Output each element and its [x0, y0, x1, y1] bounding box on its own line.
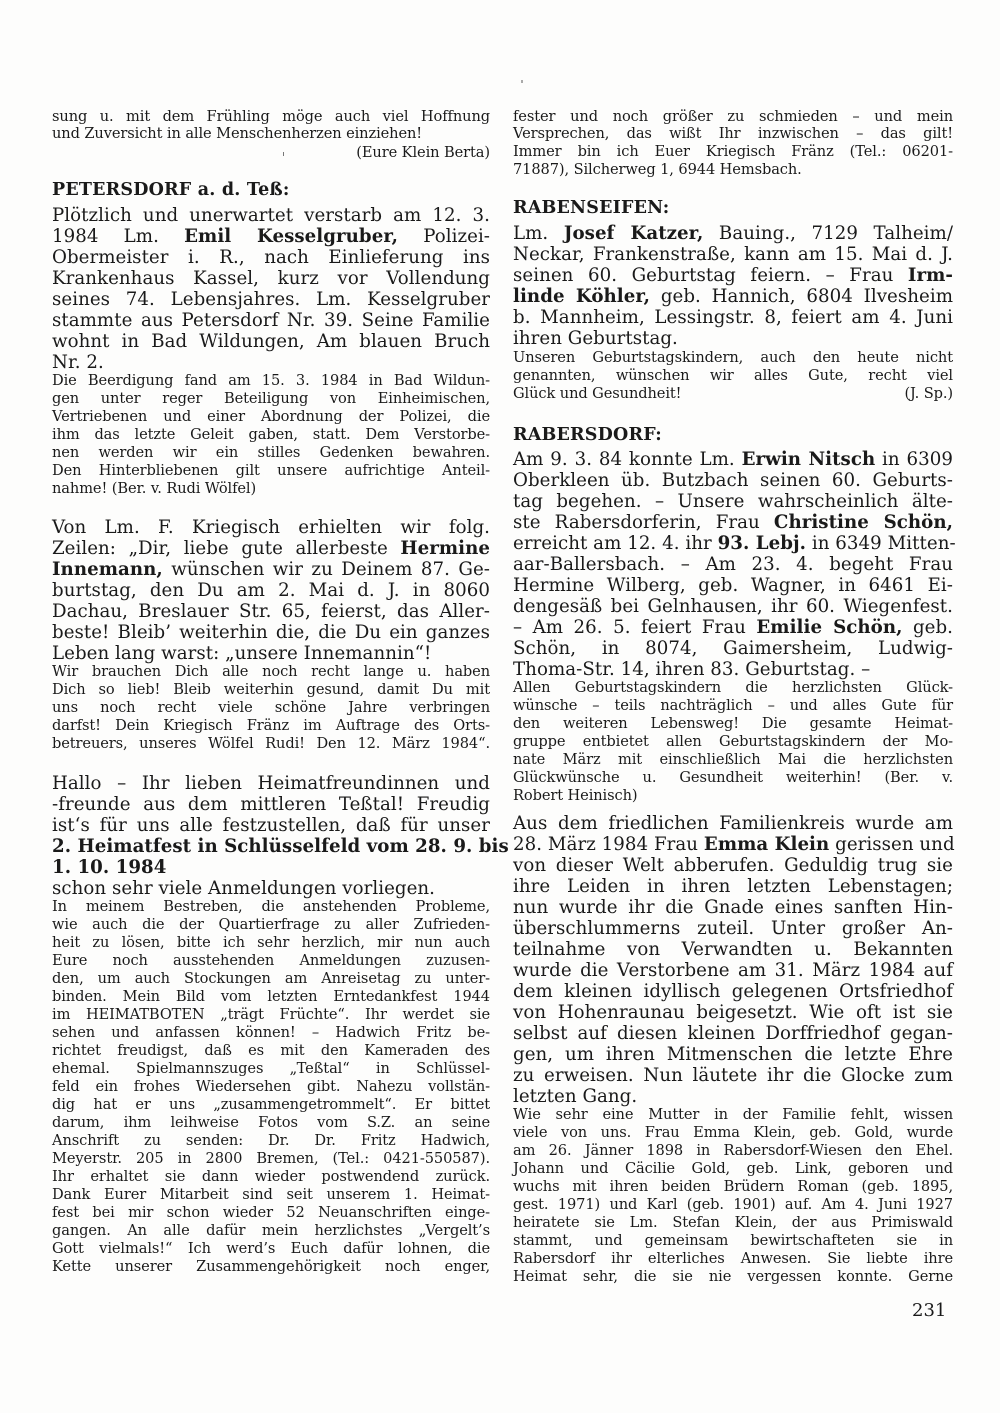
text-line: Zeilen: „Dir, liebe gute allerbeste Herm…	[52, 540, 490, 558]
text-line: ist‘s für uns alle festzustellen, daß fü…	[52, 817, 490, 835]
text-line: seines 74. Lebensjahres. Lm. Kesselgrube…	[52, 291, 490, 309]
bold-name: Emilie Schön,	[756, 617, 902, 638]
text-line: burtstag, den Du am 2. Mai d. J. in 8060	[52, 582, 490, 600]
bold-name: linde Köhler,	[513, 286, 650, 307]
text-line: am 26. Jänner 1898 in Rabersdorf-Wiesen …	[513, 1144, 953, 1159]
text-line: stammt, und gemeinsam bewirtschafteten s…	[513, 1234, 953, 1249]
text-line: Plötzlich und unerwartet verstarb am 12.…	[52, 207, 490, 225]
text-line: nun wurde ihr die Gnade eines sanften Hi…	[513, 899, 953, 917]
text-line: uns noch recht viele schöne Jahre verbri…	[52, 701, 490, 716]
signature: (Eure Klein Berta)	[52, 146, 490, 161]
text-line: selbst auf diesen kleinen Dorffriedhof g…	[513, 1025, 953, 1043]
text-line: 71887), Silcherweg 1, 6944 Hemsbach.	[513, 163, 953, 178]
section-heading-rabenseifen: RABENSEIFEN:	[513, 200, 953, 218]
text-line: ihm das letzte Geleit gaben, statt. Dem …	[52, 428, 490, 443]
bold-name: Josef Katzer,	[564, 223, 704, 244]
text-line: Krankenhaus Kassel, kurz vor Vollendung	[52, 270, 490, 288]
text-line: wuchs mit ihren beiden Brüdern Roman (ge…	[513, 1180, 953, 1195]
text-line: von Hohenraunau beigesetzt. Wie oft ist …	[513, 1004, 953, 1022]
text-line: ste Rabersdorferin, Frau Christine Schön…	[513, 514, 953, 532]
text-line: gruppe entbietet allen Geburtstagskinder…	[513, 735, 953, 750]
text-line: gen unter reger Beteiligung von Einheimi…	[52, 392, 490, 407]
text-line: beste! Bleib’ weiterhin die, die Du ein …	[52, 624, 490, 642]
text-line: erreicht am 12. 4. ihr 93. Lebj. in 6349…	[513, 535, 953, 553]
text-line: binden. Mein Bild vom letzten Erntedankf…	[52, 990, 490, 1005]
bold-name: Erwin Nitsch	[742, 449, 876, 470]
text-line: – Am 26. 5. feiert Frau Emilie Schön, ge…	[513, 619, 953, 637]
text-line: Den Hinterbliebenen gilt unsere aufricht…	[52, 464, 490, 479]
text-line: Ihr erhaltet sie dann wieder postwendend…	[52, 1170, 490, 1185]
text-line: Kette unserer Zusammengehörigkeit noch e…	[52, 1260, 490, 1275]
bold-name: Christine Schön,	[774, 512, 953, 533]
text-line: Allen Geburtstagskindern die herzlichste…	[513, 681, 953, 696]
text-line: feld ein frohes Wiedersehen gibt. Nahezu…	[52, 1080, 490, 1095]
text-line: 1984 Lm. Emil Kesselgruber, Polizei-	[52, 228, 490, 246]
text-line: Die Beerdigung fand am 15. 3. 1984 in Ba…	[52, 374, 490, 389]
text-line: letzten Gang.	[513, 1088, 953, 1106]
text-line: zu erweisen. Nun läutete ihr die Glocke …	[513, 1067, 953, 1085]
text-line: wurde die Verstorbene am 31. März 1984 a…	[513, 962, 953, 980]
text-line: überschlummerns zuteil. Unter großer An-	[513, 920, 953, 938]
text-line: 2. Heimatfest in Schlüsselfeld vom 28. 9…	[52, 838, 490, 856]
text-line: Unseren Geburtstagskindern, auch den heu…	[513, 351, 953, 366]
text-line: Wir brauchen Dich alle noch recht lange …	[52, 665, 490, 680]
text-line: 28. März 1984 Frau Emma Klein gerissen u…	[513, 836, 953, 854]
text-line: Hermine Wilberg, geb. Wagner, in 6461 Ei…	[513, 577, 953, 595]
text-line: gest. 1971) und Karl (geb. 1901) auf. Am…	[513, 1198, 953, 1213]
text-line: tag begehen. – Unsere wahrscheinlich ält…	[513, 493, 953, 511]
text-line: Wie sehr eine Mutter in der Familie fehl…	[513, 1108, 953, 1123]
text-line: Dachau, Breslauer Str. 65, feierst, das …	[52, 603, 490, 621]
text-line: dig hat er uns „zusammengetrommelt“. Er …	[52, 1098, 490, 1113]
text-line: Immer bin ich Euer Kriegisch Fränz (Tel.…	[513, 145, 953, 160]
text-line: In meinem Bestreben, die anstehenden Pro…	[52, 900, 490, 915]
text-line: stammte aus Petersdorf Nr. 39. Seine Fam…	[52, 312, 490, 330]
text-line: darfst! Dein Kriegisch Fränz im Auftrage…	[52, 719, 490, 734]
text-line: heiratete sie Lm. Stefan Klein, der aus …	[513, 1216, 953, 1231]
text-line: linde Köhler, geb. Hannich, 6804 Ilveshe…	[513, 288, 953, 306]
text-line: ihre Leiden in ihren letzten Lebenstagen…	[513, 878, 953, 896]
text-line: den, um auch Stockungen am Anreisetag zu…	[52, 972, 490, 987]
text-line: seinen 60. Geburtstag feiern. – Frau Irm…	[513, 267, 953, 285]
text-line: fest bei mir schon wieder 52 Neuanschrif…	[52, 1206, 490, 1221]
page-number: 231	[912, 1300, 946, 1321]
text-line: wohnt in Bad Wildungen, Am blauen Bruch	[52, 333, 490, 351]
text-line: Heimat sehr, die sie nie vergessen konnt…	[513, 1270, 953, 1285]
newsletter-page: sung u. mit dem Frühling möge auch viel …	[0, 0, 1000, 1413]
text-line: wie auch die der Quartierfrage zu aller …	[52, 918, 490, 933]
bold-name: 1. 10. 1984	[52, 857, 166, 878]
text-line: Oberkleen üb. Butzbach seinen 60. Geburt…	[513, 472, 953, 490]
text-line: Eure noch ausstehenden Anmeldungen zuzus…	[52, 954, 490, 969]
text-line: Versprechen, das wißt Ihr inzwischen – d…	[513, 127, 953, 142]
text-line: Rabersdorf ihr elterliches Anwesen. Sie …	[513, 1252, 953, 1267]
text-line: Anschrift zu senden: Dr. Dr. Fritz Hadwi…	[52, 1134, 490, 1149]
text-line: b. Mannheim, Lessingstr. 8, feiert am 4.…	[513, 309, 953, 327]
text-line: Leben lang warst: „unsere Innemannin“!	[52, 645, 490, 663]
text-line: aar-Ballersbach. – Am 23. 4. begeht Frau	[513, 556, 953, 574]
text-line: Meyerstr. 205 in 2800 Bremen, (Tel.: 042…	[52, 1152, 490, 1167]
section-heading-rabersdorf: RABERSDORF:	[513, 427, 953, 445]
text-line: gangen. An alle dafür mein herzlichstes …	[52, 1224, 490, 1239]
text-line: Obermeister i. R., nach Einlieferung ins	[52, 249, 490, 267]
bold-name: Emil Kesselgruber,	[184, 226, 398, 247]
text-line: dem kleinen idyllisch gelegenen Ortsfrie…	[513, 983, 953, 1001]
text-line: Lm. Josef Katzer, Bauing., 7129 Talheim/	[513, 225, 953, 243]
text-line: und Zuversicht in alle Menschenherzen ei…	[52, 127, 490, 142]
text-line: Vertriebenen und einer Abordnung der Pol…	[52, 410, 490, 425]
text-line: wünsche – teils nachträglich – und alles…	[513, 699, 953, 714]
bold-name: Hermine	[400, 538, 490, 559]
bold-name: Innemann,	[52, 559, 163, 580]
section-heading-petersdorf: PETERSDORF a. d. Teß:	[52, 182, 490, 200]
text-line: richtet freudigst, daß es mit den Kamera…	[52, 1044, 490, 1059]
text-line: Nr. 2.	[52, 354, 490, 372]
text-line: nen werden wir ein stilles Gedenken bewa…	[52, 446, 490, 461]
text-line: -freunde aus dem mittleren Teßtal! Freud…	[52, 796, 490, 814]
text-line: Johann und Cäcilie Gold, geb. Link, gebo…	[513, 1162, 953, 1177]
text-line: Hallo – Ihr lieben Heimatfreundinnen und	[52, 775, 490, 793]
text-line: nahme! (Ber. v. Rudi Wölfel)	[52, 482, 490, 497]
text-line: genannten, wünschen wir alles Gute, rech…	[513, 369, 953, 384]
text-line: gen, um ihren Mitmenschen die letzte Ehr…	[513, 1046, 953, 1064]
text-line: ehemal. Spielmannszuges „Teßtal“ in Schl…	[52, 1062, 490, 1077]
text-line: Dich so lieb! Bleib weiterhin gesund, da…	[52, 683, 490, 698]
scan-speck	[283, 152, 284, 156]
text-line: Robert Heinisch)	[513, 789, 953, 804]
scan-speck	[521, 80, 523, 83]
text-line: den weiteren Lebensweg! Die gesamte Heim…	[513, 717, 953, 732]
bold-name: 93. Lebj.	[718, 533, 806, 554]
text-line: Innemann, wünschen wir zu Deinem 87. Ge-	[52, 561, 490, 579]
text-line: Am 9. 3. 84 konnte Lm. Erwin Nitsch in 6…	[513, 451, 953, 469]
text-line: schon sehr viele Anmeldungen vorliegen.	[52, 880, 490, 898]
text-line: im HEIMATBOTEN „trägt Früchte“. Ihr werd…	[52, 1008, 490, 1023]
bold-name: Irm-	[908, 265, 953, 286]
text-line: nate März mit einschließlich Mai die her…	[513, 753, 953, 768]
text-line: darum, ihm leihweise Fotos vom S.Z. an s…	[52, 1116, 490, 1131]
text-line: Dank Eurer Mitarbeit sind seit unserem 1…	[52, 1188, 490, 1203]
text-line: Thoma-Str. 14, ihren 83. Geburtstag. –	[513, 661, 953, 679]
text-line: 1. 10. 1984	[52, 859, 490, 877]
text-line: fester und noch größer zu schmieden – un…	[513, 110, 953, 125]
text-line: Von Lm. F. Kriegisch erhielten wir folg.	[52, 519, 490, 537]
text-line: viele von uns. Frau Emma Klein, geb. Gol…	[513, 1126, 953, 1141]
signature: (J. Sp.)	[513, 387, 953, 402]
text-line: Neckar, Frankenstraße, kann am 15. Mai d…	[513, 246, 953, 264]
text-line: von dieser Welt abberufen. Geduldig trug…	[513, 857, 953, 875]
text-line: Schön, in 8074, Gaimersheim, Ludwig-	[513, 640, 953, 658]
text-line: ihren Geburtstag.	[513, 330, 953, 348]
text-line: Glückwünsche u. Gesundheit weiterhin! (B…	[513, 771, 953, 786]
text-line: teilnahme von Verwandten u. Bekannten	[513, 941, 953, 959]
bold-name: 2. Heimatfest in Schlüsselfeld vom 28. 9…	[52, 836, 509, 857]
text-line: dengesäß bei Gelnhausen, ihr 60. Wiegenf…	[513, 598, 953, 616]
text-line: Gott vielmals!“ Ich werd’s Euch dafür lo…	[52, 1242, 490, 1257]
text-line: Aus dem friedlichen Familienkreis wurde …	[513, 815, 953, 833]
text-line: sehen und anfassen können! – Hadwich Fri…	[52, 1026, 490, 1041]
bold-name: Emma Klein	[704, 834, 829, 855]
text-line: heit zu lösen, bitte ich sehr herzlich, …	[52, 936, 490, 951]
text-line: sung u. mit dem Frühling möge auch viel …	[52, 110, 490, 125]
text-line: betreuers, unseres Wölfel Rudi! Den 12. …	[52, 737, 490, 752]
